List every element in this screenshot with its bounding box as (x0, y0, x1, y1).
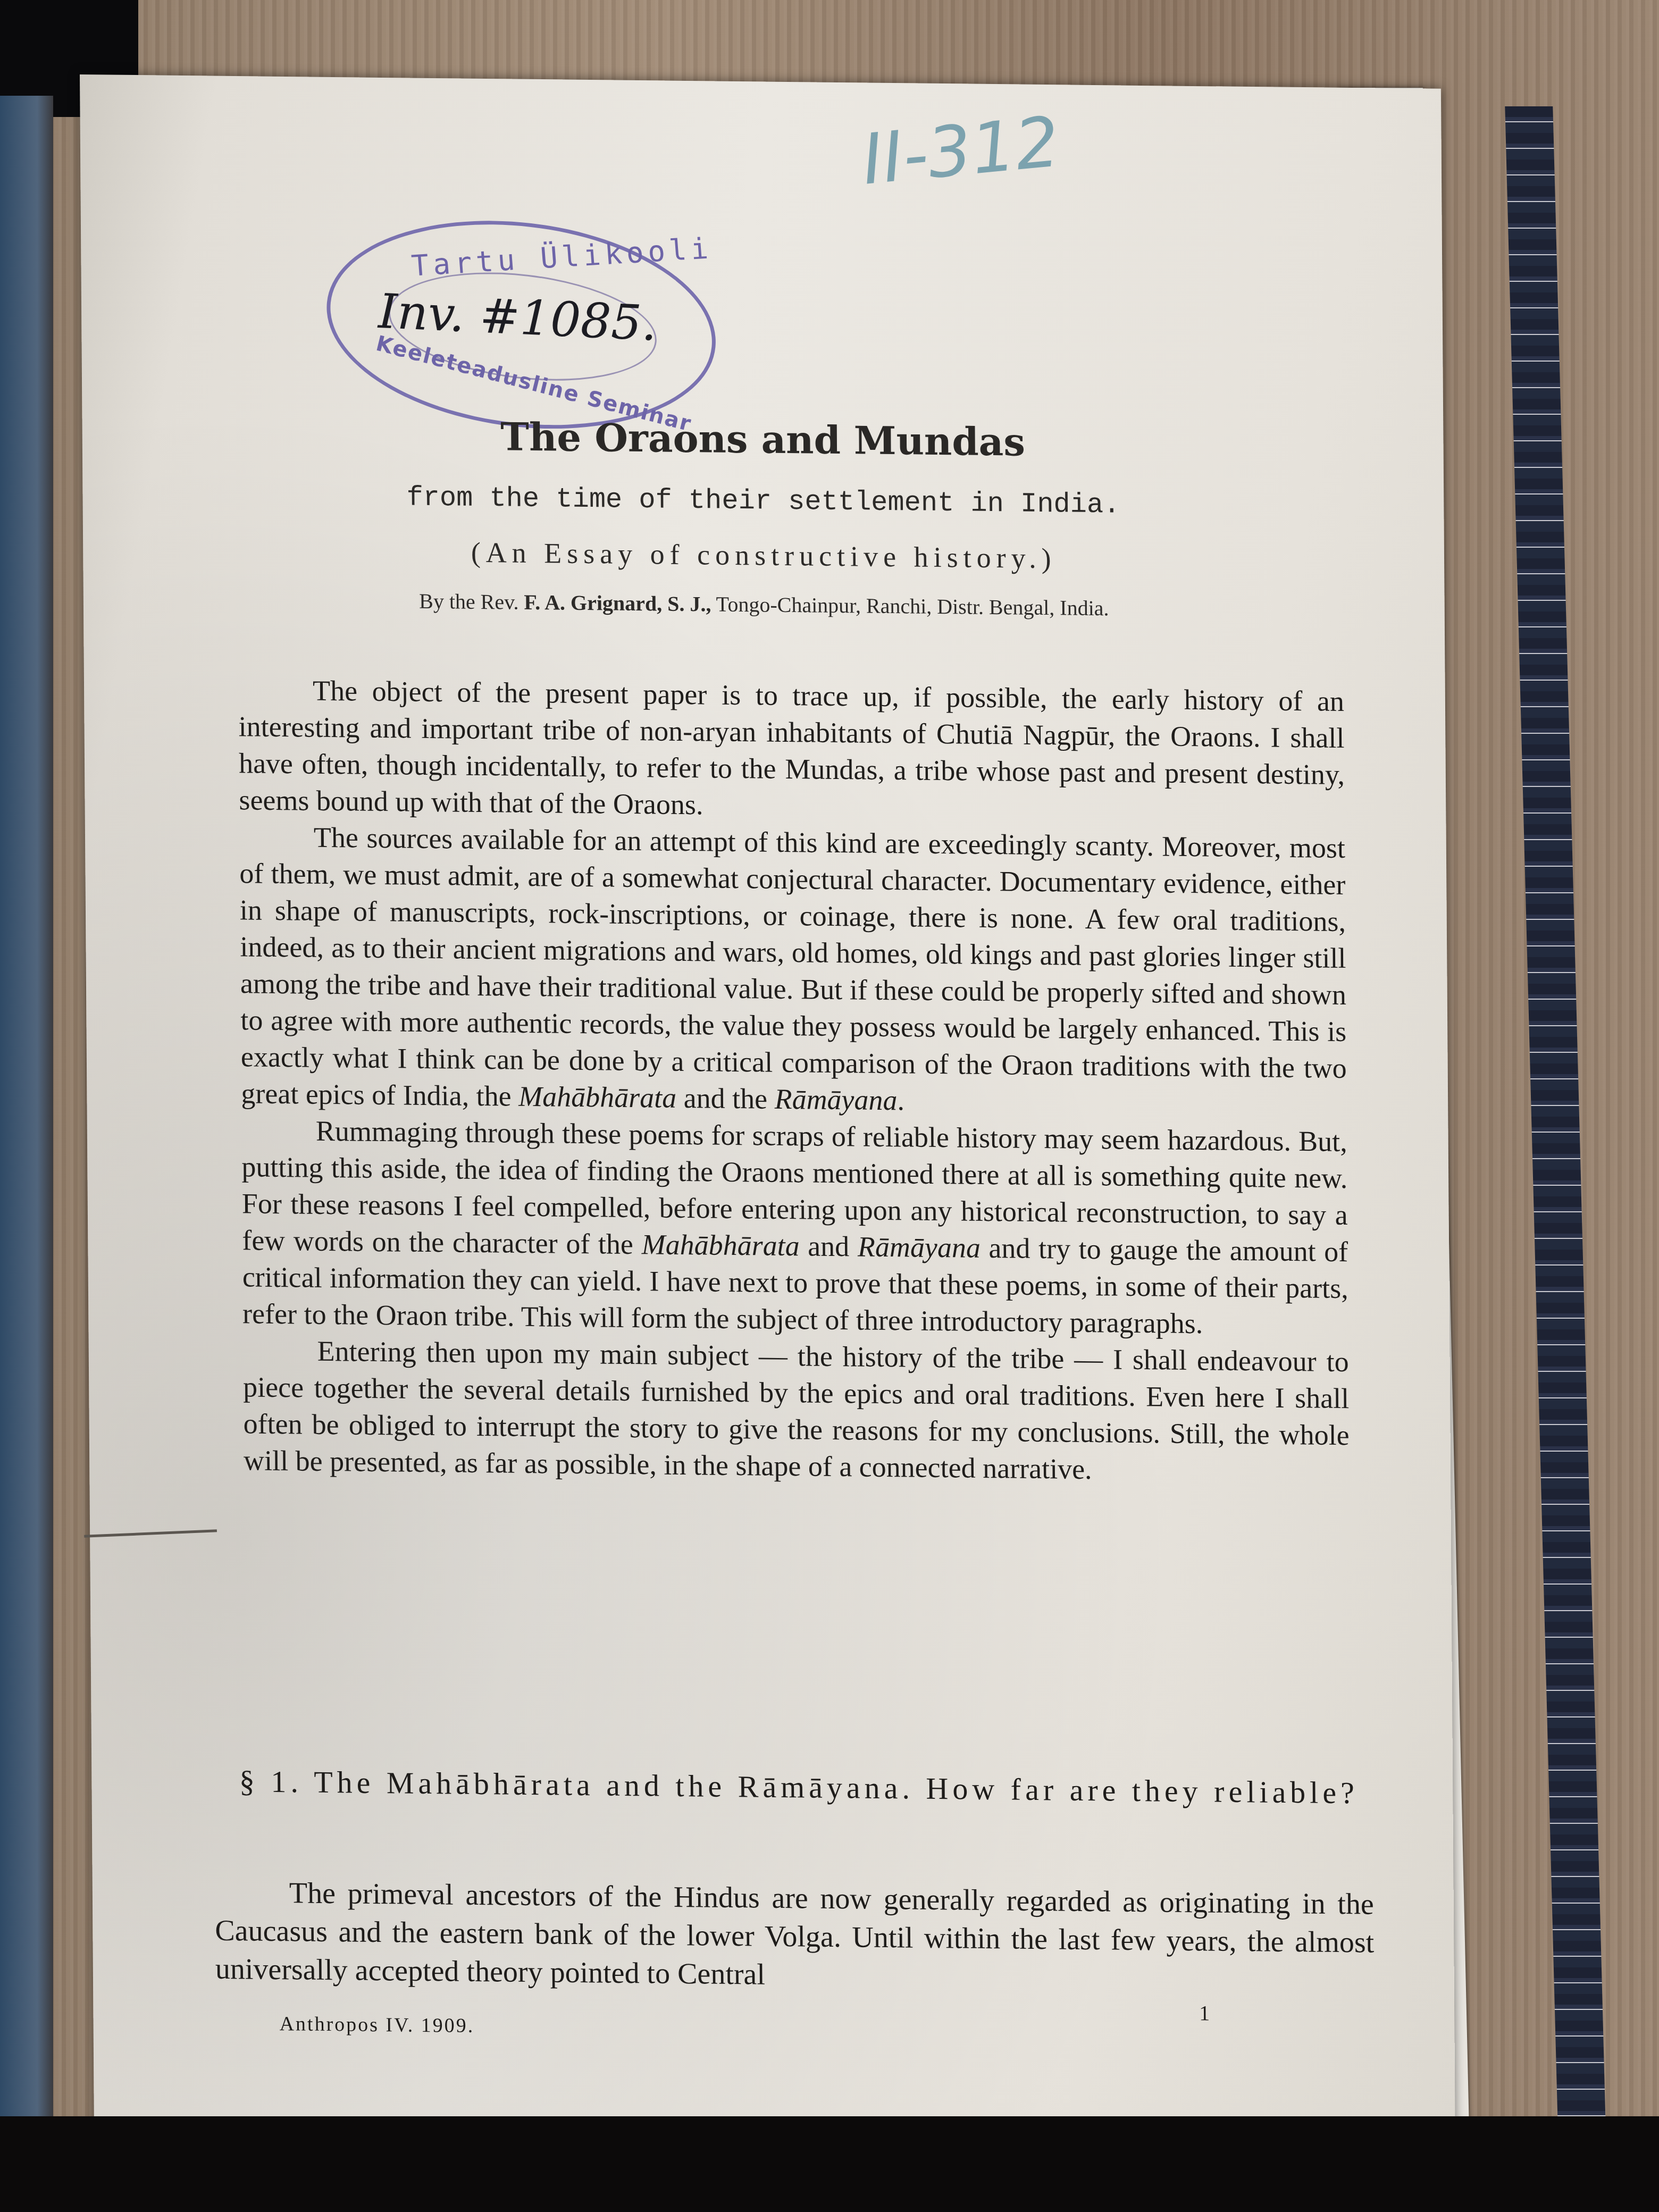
paragraph-2-text: The sources available for an attempt of … (239, 822, 1347, 1112)
paragraph-2-end: . (897, 1084, 904, 1116)
paragraph-2: The sources available for an attempt of … (239, 818, 1347, 1124)
paragraph-4: Entering then upon my main subject — the… (242, 1332, 1350, 1490)
byline-prefix: By the Rev. (419, 589, 519, 614)
byline-author: F. A. Grignard, S. J., (524, 590, 711, 616)
section-paragraph-1: The primeval ancestors of the Hindus are… (215, 1873, 1375, 2000)
essay-note: (An Essay of constructive history.) (83, 532, 1444, 579)
epic-title-ramayana: Rāmāyana (858, 1230, 981, 1263)
journal-footer: Anthropos IV. 1909. (279, 2012, 474, 2038)
stamp-ring-top-text: Tartu Ülikooli (410, 231, 714, 283)
paragraph-3: Rummaging through these poems for scraps… (241, 1112, 1349, 1344)
handwritten-call-number: II-312 (858, 101, 1063, 200)
paper-tear (84, 1529, 218, 1559)
dark-foreground (0, 2116, 1659, 2212)
article-title: The Oraons and Mundas (82, 409, 1443, 469)
epic-title-mahabharata: Mahābhārata (641, 1228, 799, 1262)
epic-title-mahabharata: Mahābhārata (518, 1080, 676, 1114)
article-subtitle: from the time of their settlement in Ind… (82, 479, 1444, 524)
intro-body: The object of the present paper is to tr… (238, 672, 1350, 1490)
epic-title-ramayana: Rāmāyana (774, 1083, 897, 1116)
byline: By the Rev. F. A. Grignard, S. J., Tongo… (83, 585, 1445, 624)
paragraph-2-joiner: and the (676, 1082, 775, 1115)
document-page: II-312 Tartu Ülikooli Inv. #1085. Keelet… (80, 74, 1455, 2179)
section-heading: § 1. The Mahābhārata and the Rāmāyana. H… (219, 1762, 1378, 1813)
signature-mark: 1 (1199, 2000, 1210, 2025)
adjacent-page-edge (0, 96, 53, 2169)
byline-location: Tongo-Chainpur, Ranchi, Distr. Bengal, I… (716, 592, 1109, 621)
paragraph-1: The object of the present paper is to tr… (238, 672, 1345, 830)
section-body: The primeval ancestors of the Hindus are… (215, 1873, 1375, 2000)
paragraph-3-joiner: and (799, 1230, 858, 1262)
library-stamp: Tartu Ülikooli Inv. #1085. Keeleteadusli… (317, 201, 725, 449)
